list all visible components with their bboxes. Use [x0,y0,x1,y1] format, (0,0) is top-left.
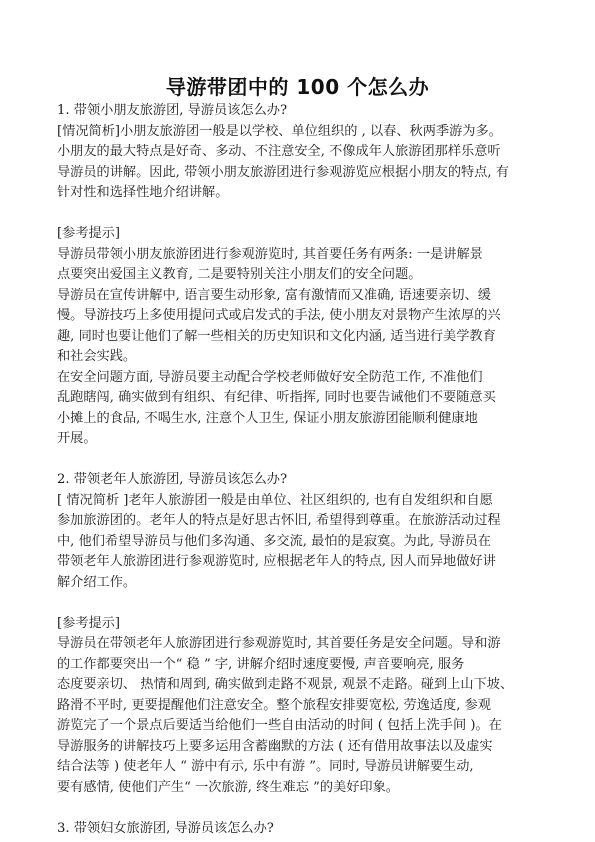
section-heading: 3. 带领妇女旅游团, 导游员该怎么办? [57,819,557,840]
text-line: 小朋友的最大特点是好奇、多动、不注意安全, 不像成年人旅游团那样乐意听 [57,142,557,163]
text-line: 导游员在带领老年人旅游团进行参观游览时, 其首要任务是安全问题。导和游 [57,634,557,655]
section-1: 1. 带领小朋友旅游团, 导游员该怎么办? [情况简析]小朋友旅游团一般是以学校… [57,101,557,450]
text-line: 带领老年人旅游团进行参观游览时, 应根据老年人的特点, 因人而异地做好讲 [57,552,557,573]
section-gap [57,798,557,819]
document-body: 1. 带领小朋友旅游团, 导游员该怎么办? [情况简析]小朋友旅游团一般是以学校… [57,101,557,839]
text-line: 中, 他们希望导游员与他们多沟通、多交流, 最怕的是寂寞。为此, 导游员在 [57,532,557,553]
section-gap [57,450,557,471]
text-line: 导游服务的讲解技巧上要多运用含蓄幽默的方法 ( 还有借用故事法以及虚实 [57,737,557,758]
tips-label: [参考提示] [57,224,557,245]
text-line: [情况简析]小朋友旅游团一般是以学校、单位组织的 , 以春、秋两季游为多。 [57,122,557,143]
situation-analysis: [ 情况简析 ]老年人旅游团一般是由单位、社区组织的, 也有自发组织和自愿 参加… [57,491,557,594]
section-heading: 2. 带领老年人旅游团, 导游员该怎么办? [57,470,557,491]
text-line: 开展。 [57,429,557,450]
text-line: 导游员在宣传讲解中, 语言要生动形象, 富有激情而又准确, 语速要亲切、缓 [57,286,557,307]
paragraph-gap [57,593,557,614]
section-heading: 1. 带领小朋友旅游团, 导游员该怎么办? [57,101,557,122]
text-line: 慢。导游技巧上多使用提问式或启发式的手法, 使小朋友对景物产生浓厚的兴 [57,306,557,327]
text-line: 的工作都要突出一个“ 稳 ” 字, 讲解介绍时速度要慢, 声音要响亮, 服务 [57,655,557,676]
text-line: 解介绍工作。 [57,573,557,594]
document-page: 导游带团中的 100 个怎么办 1. 带领小朋友旅游团, 导游员该怎么办? [情… [0,0,595,842]
text-line: 和社会实践。 [57,347,557,368]
reference-tips: 导游员带领小朋友旅游团进行参观游览时, 其首要任务有两条: 一是讲解景 点要突出… [57,245,557,450]
text-line: 小摊上的食品, 不喝生水, 注意个人卫生, 保证小朋友旅游团能顺利健康地 [57,409,557,430]
document-title: 导游带团中的 100 个怎么办 [0,74,595,100]
text-line: 态度要亲切、 热情和周到, 确实做到走路不观景, 观景不走路。碰到上山下坡、 [57,675,557,696]
text-line: 在安全问题方面, 导游员要主动配合学校老师做好安全防范工作, 不准他们 [57,368,557,389]
text-line: 游览完了一个景点后要适当给他们一些自由活动的时间 ( 包括上洗手间 )。在 [57,716,557,737]
text-line: 点要突出爱国主义教育, 二是要特别关注小朋友们的安全问题。 [57,265,557,286]
text-line: 导游员带领小朋友旅游团进行参观游览时, 其首要任务有两条: 一是讲解景 [57,245,557,266]
text-line: 针对性和选择性地介绍讲解。 [57,183,557,204]
text-line: 乱跑瞎闯, 确实做到有组织、有纪律、听指挥, 同时也要告诫他们不要随意买 [57,388,557,409]
text-line: 导游员的讲解。因此, 带领小朋友旅游团进行参观游览应根据小朋友的特点, 有 [57,163,557,184]
text-line: 要有感情, 使他们产生“ 一次旅游, 终生难忘 ”的美好印象。 [57,778,557,799]
paragraph-gap [57,204,557,225]
text-line: 趣, 同时也要让他们了解一些相关的历史知识和文化内涵, 适当进行美学教育 [57,327,557,348]
text-line: 路滑不平时, 更要提醒他们注意安全。整个旅程安排要宽松, 劳逸适度, 参观 [57,696,557,717]
text-line: 参加旅游团的。老年人的特点是好思古怀旧, 希望得到尊重。在旅游活动过程 [57,511,557,532]
section-2: 2. 带领老年人旅游团, 导游员该怎么办? [ 情况简析 ]老年人旅游团一般是由… [57,470,557,798]
situation-analysis: [情况简析]小朋友旅游团一般是以学校、单位组织的 , 以春、秋两季游为多。 小朋… [57,122,557,204]
reference-tips: 导游员在带领老年人旅游团进行参观游览时, 其首要任务是安全问题。导和游 的工作都… [57,634,557,798]
tips-label: [参考提示] [57,614,557,635]
text-line: [ 情况简析 ]老年人旅游团一般是由单位、社区组织的, 也有自发组织和自愿 [57,491,557,512]
text-line: 结合法等 ) 使老年人 “ 游中有示, 乐中有游 ”。同时, 导游员讲解要生动, [57,757,557,778]
section-3: 3. 带领妇女旅游团, 导游员该怎么办? [57,819,557,840]
